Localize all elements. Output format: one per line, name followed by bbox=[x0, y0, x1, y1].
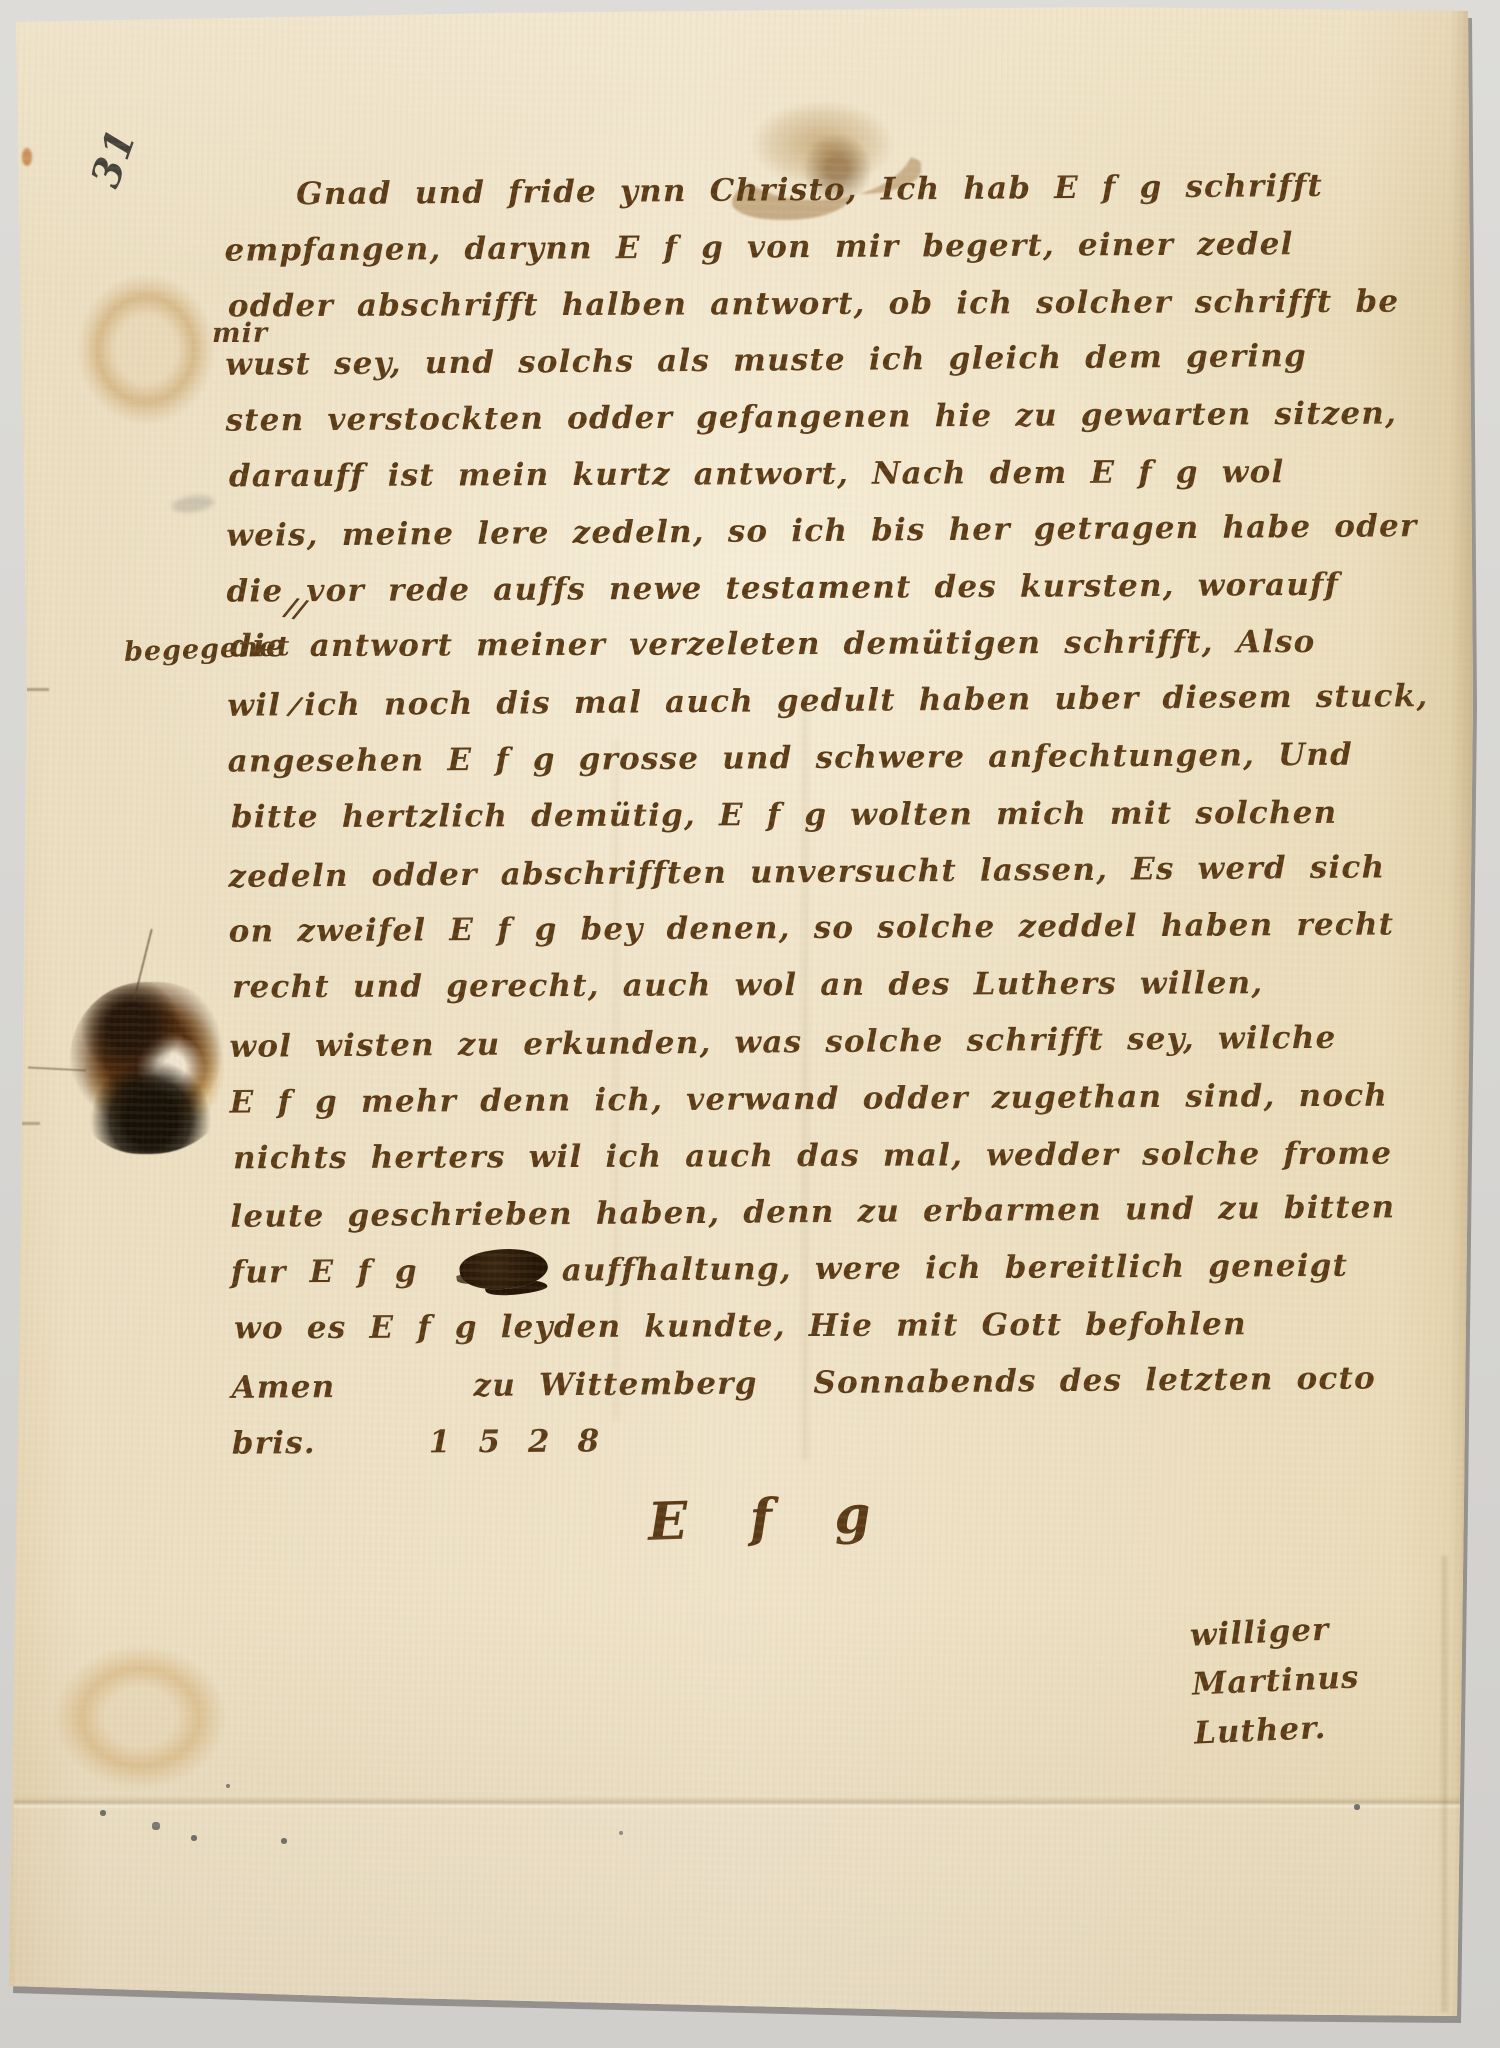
body-line: zedeln odder abschrifften unversucht las… bbox=[228, 839, 1418, 906]
rust-speck-left-edge bbox=[22, 148, 32, 166]
body-line-with-blot: fur E f gauffhaltung, were ich bereitlic… bbox=[231, 1237, 1421, 1301]
body-line: weis, meine lere zedeln, so ich bis her … bbox=[226, 498, 1416, 565]
left-edge-crease-upper bbox=[3, 688, 49, 691]
body-line: Gnad und fride ynn Christo, Ich hab E f … bbox=[224, 157, 1414, 224]
year-1528: 1528 bbox=[429, 1413, 628, 1471]
archival-number: 31 bbox=[82, 121, 147, 193]
insertion-mark-bottom: / bbox=[287, 691, 303, 722]
valediction-initials: E f g bbox=[647, 1484, 875, 1553]
body-line: wil ich noch dis mal auch gedult haben u… bbox=[227, 668, 1417, 735]
below-fold-tint bbox=[14, 1806, 1462, 2016]
wax-seal-remnant bbox=[70, 982, 238, 1154]
insertion-mark-top: // bbox=[283, 592, 308, 625]
signature-line-williger: williger bbox=[1189, 1604, 1358, 1660]
vertical-crease-right bbox=[1440, 1556, 1449, 2012]
signature-block: williger Martinus Luther. bbox=[1189, 1604, 1363, 1758]
blot-line-after: auffhaltung, were ich bereitlich geneigt bbox=[562, 1248, 1349, 1289]
vertical-fold-crease-left bbox=[612, 740, 620, 1420]
paper-crack-left-of-seal bbox=[28, 1066, 86, 1071]
letter-paper: 31 mir begegenet // / Gnad und fride ynn… bbox=[0, 0, 1500, 2048]
body-line: on zweifel E f g bey denen, so solche ze… bbox=[229, 897, 1419, 961]
left-edge-crease-lower bbox=[2, 1122, 40, 1125]
pencil-smudge bbox=[171, 493, 215, 515]
closing-line: Amen zu Wittemberg Sonnabends des letzte… bbox=[231, 1350, 1421, 1417]
closing-place: zu Wittemberg bbox=[473, 1355, 758, 1414]
ring-stain-top-left bbox=[66, 262, 226, 437]
margin-note-begegenet: begegenet bbox=[124, 631, 291, 668]
margin-note-mir: mir bbox=[212, 318, 268, 349]
body-line: bitte hertzlich demütig, E f g wolten mi… bbox=[231, 784, 1421, 846]
vertical-fold-crease-center bbox=[800, 690, 810, 1460]
year-line-prefix: bris. bbox=[232, 1415, 316, 1472]
year-line: bris. 1528 bbox=[232, 1408, 1422, 1472]
closing-amen: Amen bbox=[231, 1359, 335, 1417]
paper-crack-above-seal bbox=[133, 929, 152, 999]
body-line: E f g mehr denn ich, verwand odder zuget… bbox=[230, 1067, 1420, 1131]
body-line: darauff ist mein kurtz antwort, Nach dem… bbox=[229, 444, 1419, 506]
body-line: leute geschrieben haben, denn zu erbarme… bbox=[230, 1179, 1420, 1246]
manuscript-scan: 31 mir begegenet // / Gnad und fride ynn… bbox=[0, 0, 1500, 2048]
body-line: wust sey, und solchs als muste ich gleic… bbox=[225, 328, 1415, 395]
signature-line-martinus: Martinus bbox=[1191, 1653, 1360, 1709]
body-line: wo es E f g leyden kundte, Hie mit Gott … bbox=[234, 1296, 1424, 1358]
dirt-specks-along-fold bbox=[0, 0, 2, 2]
foxing-stain-top-center bbox=[730, 88, 915, 200]
body-line: recht und gerecht, auch wol an des Luthe… bbox=[232, 955, 1422, 1017]
body-line: wol wisten zu erkunden, was solche schri… bbox=[229, 1009, 1419, 1076]
ink-blot bbox=[458, 1244, 550, 1295]
body-line: empfangen, darynn E f g von mir begert, … bbox=[224, 215, 1414, 279]
body-line: die antwort meiner verzeleten demütigen … bbox=[230, 614, 1420, 676]
signature-line-luther: Luther. bbox=[1193, 1702, 1362, 1758]
ring-stain-bottom-left bbox=[38, 1632, 243, 1802]
blot-line-before: fur E f g bbox=[231, 1254, 418, 1291]
body-line: die vor rede auffs newe testament des ku… bbox=[226, 556, 1416, 620]
body-line: angesehen E f g grosse und schwere anfec… bbox=[227, 726, 1417, 790]
closing-date-words: Sonnabends des letzten octo bbox=[813, 1350, 1376, 1411]
body-line: odder abschrifft halben antwort, ob ich … bbox=[228, 273, 1418, 335]
letter-body: Gnad und fride ynn Christo, Ich hab E f … bbox=[224, 158, 1422, 1472]
horizontal-fold-crease bbox=[14, 1797, 1460, 1809]
body-line: nichts herters wil ich auch das mal, wed… bbox=[233, 1125, 1423, 1187]
body-line: sten verstockten odder gefangenen hie zu… bbox=[225, 386, 1415, 450]
